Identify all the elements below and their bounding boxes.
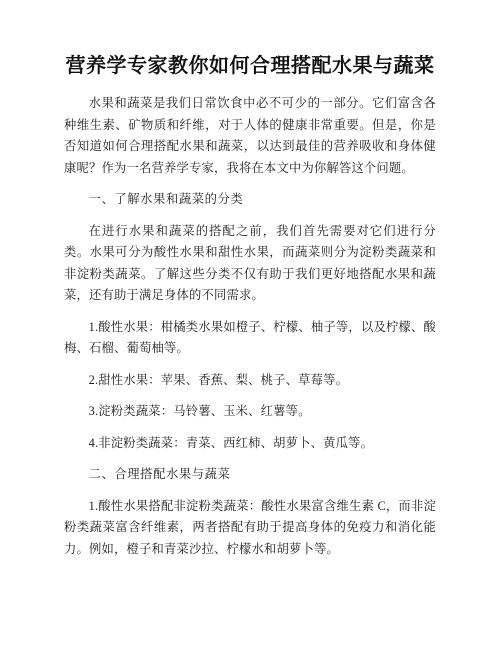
paragraph-intro: 水果和蔬菜是我们日常饮食中必不可少的一部分。它们富含各种维生素、矿物质和纤维，对… [64, 93, 436, 179]
document-title: 营养学专家教你如何合理搭配水果与蔬菜 [64, 52, 436, 80]
section-heading-1: 一、了解水果和蔬菜的分类 [64, 189, 436, 211]
paragraph-pairing: 1.酸性水果搭配非淀粉类蔬菜：酸性水果富含维生素 C，而非淀粉类蔬菜富含纤维素，… [64, 496, 436, 561]
list-item-acidic-fruits: 1.酸性水果：柑橘类水果如橙子、柠檬、柚子等，以及柠檬、酸梅、石榴、葡萄柚等。 [64, 317, 436, 360]
paragraph-classification: 在进行水果和蔬菜的搭配之前，我们首先需要对它们进行分类。水果可分为酸性水果和甜性… [64, 221, 436, 307]
section-heading-2: 二、合理搭配水果与蔬菜 [64, 464, 436, 486]
list-item-nonstarchy-vegetables: 4.非淀粉类蔬菜：青菜、西红柿、胡萝卜、黄瓜等。 [64, 433, 436, 455]
document-page: 营养学专家教你如何合理搭配水果与蔬菜 水果和蔬菜是我们日常饮食中必不可少的一部分… [0, 0, 502, 649]
list-item-sweet-fruits: 2.甜性水果：苹果、香蕉、梨、桃子、草莓等。 [64, 370, 436, 392]
list-item-starchy-vegetables: 3.淀粉类蔬菜：马铃薯、玉米、红薯等。 [64, 401, 436, 423]
